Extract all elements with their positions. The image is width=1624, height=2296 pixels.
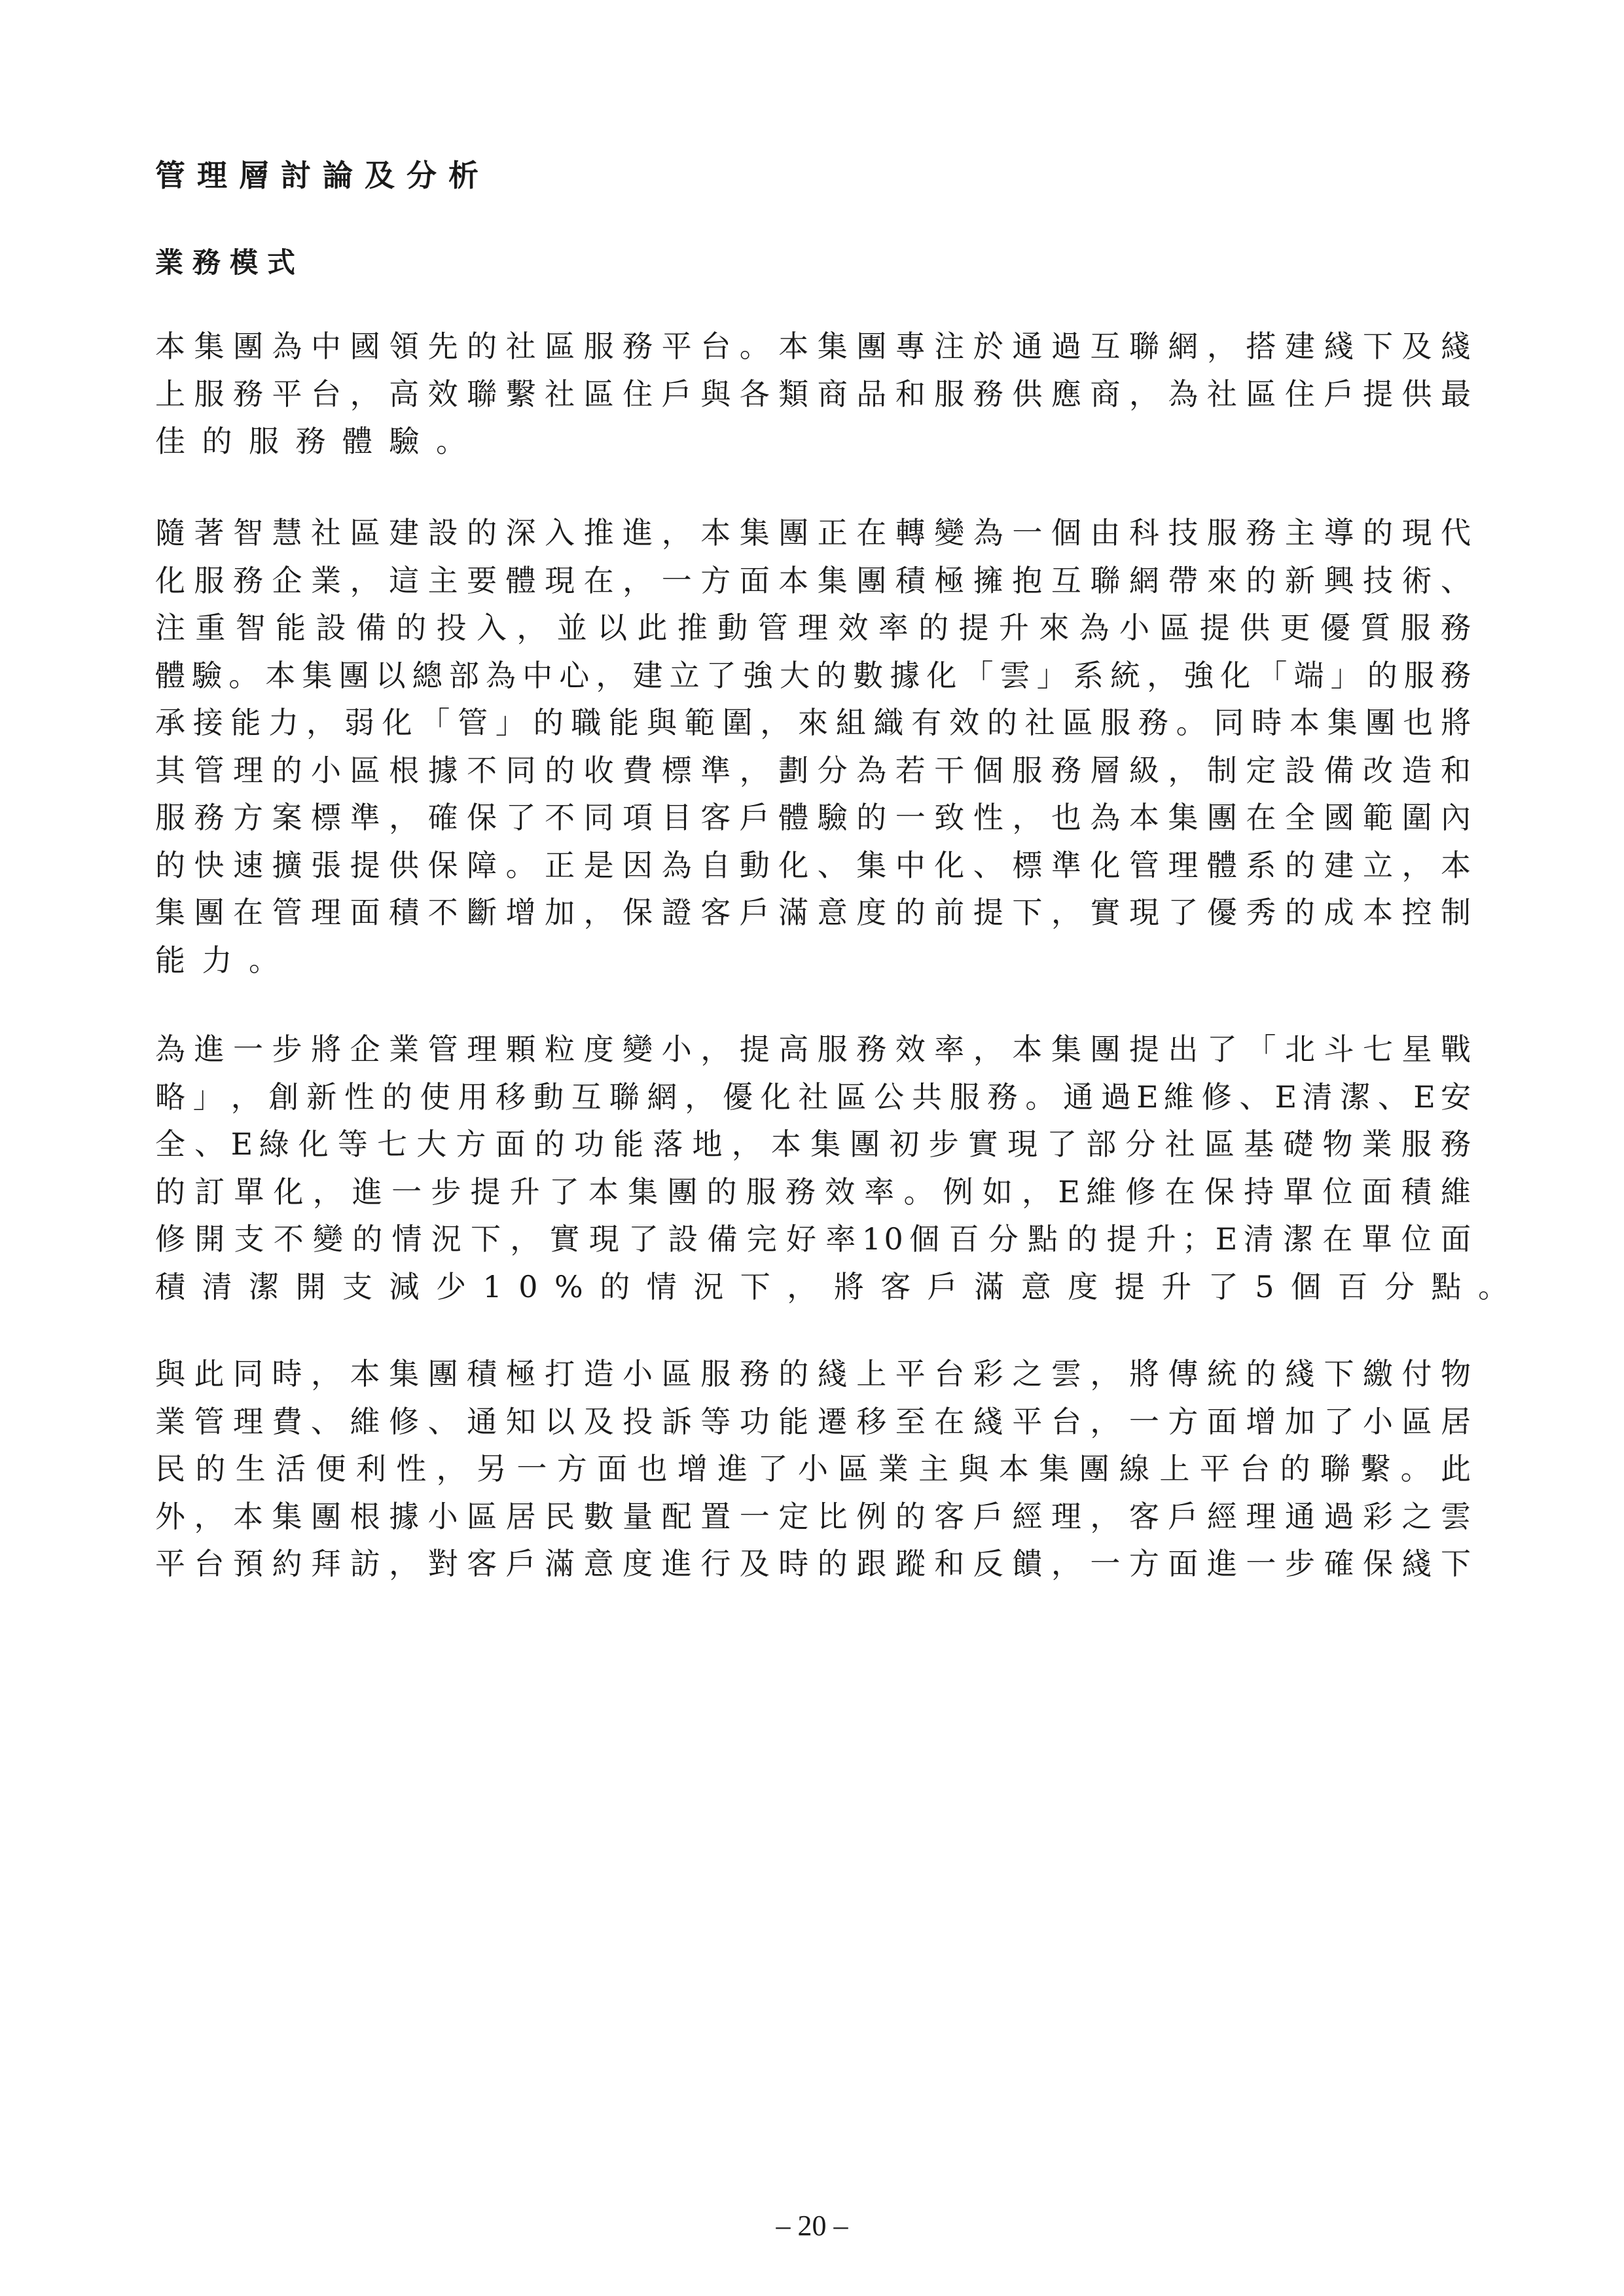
text-line: 服 務 方 案 標 準 ， 確 保 了 不 同 項 目 客 戶 體 驗 的 一 … [155, 794, 1471, 842]
text-line: 的 快 速 擴 張 提 供 保 障 。 正 是 因 為 自 動 化 、 集 中 … [155, 842, 1471, 889]
text-line: 其 管 理 的 小 區 根 據 不 同 的 收 費 標 準 ， 劃 分 為 若 … [155, 747, 1471, 795]
paragraph-1: 本 集 團 為 中 國 領 先 的 社 區 服 務 平 台 。 本 集 團 專 … [155, 323, 1471, 465]
text-line: 民 的 生 活 便 利 性 ， 另 一 方 面 也 增 進 了 小 區 業 主 … [155, 1445, 1471, 1493]
section-title: 管理層討論及分析 [155, 152, 490, 195]
text-line: 與 此 同 時 ， 本 集 團 積 極 打 造 小 區 服 務 的 綫 上 平 … [155, 1350, 1471, 1398]
text-line: 承 接 能 力 ， 弱 化 「 管 」 的 職 能 與 範 圍 ， 來 組 織 … [155, 699, 1471, 747]
text-line: 隨 著 智 慧 社 區 建 設 的 深 入 推 進 ， 本 集 團 正 在 轉 … [155, 509, 1471, 557]
text-line: 略 」 ， 創 新 性 的 使 用 移 動 互 聯 網 ， 優 化 社 區 公 … [155, 1073, 1471, 1121]
text-line: 上 服 務 平 台 ， 高 效 聯 繫 社 區 住 戶 與 各 類 商 品 和 … [155, 370, 1471, 418]
text-line: 能力。 [155, 937, 1471, 984]
text-line: 業 管 理 費 、 維 修 、 通 知 以 及 投 訴 等 功 能 遷 移 至 … [155, 1398, 1471, 1446]
text-line: 化 服 務 企 業 ， 這 主 要 體 現 在 ， 一 方 面 本 集 團 積 … [155, 557, 1471, 605]
text-line: 佳的服務體驗。 [155, 418, 1471, 465]
subsection-title: 業務模式 [155, 241, 304, 281]
text-line: 全 、 E 綠 化 等 七 大 方 面 的 功 能 落 地 ， 本 集 團 初 … [155, 1121, 1471, 1168]
paragraph-2: 隨 著 智 慧 社 區 建 設 的 深 入 推 進 ， 本 集 團 正 在 轉 … [155, 509, 1471, 984]
text-line: 修 開 支 不 變 的 情 況 下 ， 實 現 了 設 備 完 好 率 1 0 … [155, 1215, 1471, 1263]
text-line: 積清潔開支減少10%的情況下，將客戶滿意度提升了5個百分點。 [155, 1263, 1471, 1311]
text-line: 為 進 一 步 將 企 業 管 理 顆 粒 度 變 小 ， 提 高 服 務 效 … [155, 1026, 1471, 1073]
text-line: 注 重 智 能 設 備 的 投 入 ， 並 以 此 推 動 管 理 效 率 的 … [155, 604, 1471, 652]
text-line: 集 團 在 管 理 面 積 不 斷 增 加 ， 保 證 客 戶 滿 意 度 的 … [155, 889, 1471, 937]
paragraph-4: 與 此 同 時 ， 本 集 團 積 極 打 造 小 區 服 務 的 綫 上 平 … [155, 1350, 1471, 1588]
paragraph-3: 為 進 一 步 將 企 業 管 理 顆 粒 度 變 小 ， 提 高 服 務 效 … [155, 1026, 1471, 1310]
text-line: 的 訂 單 化 ， 進 一 步 提 升 了 本 集 團 的 服 務 效 率 。 … [155, 1168, 1471, 1216]
text-line: 平 台 預 約 拜 訪 ， 對 客 戶 滿 意 度 進 行 及 時 的 跟 蹤 … [155, 1540, 1471, 1588]
page-number: – 20 – [0, 2209, 1624, 2242]
text-line: 本 集 團 為 中 國 領 先 的 社 區 服 務 平 台 。 本 集 團 專 … [155, 323, 1471, 370]
text-line: 體 驗 。 本 集 團 以 總 部 為 中 心 ， 建 立 了 強 大 的 數 … [155, 652, 1471, 700]
text-line: 外 ， 本 集 團 根 據 小 區 居 民 數 量 配 置 一 定 比 例 的 … [155, 1493, 1471, 1541]
